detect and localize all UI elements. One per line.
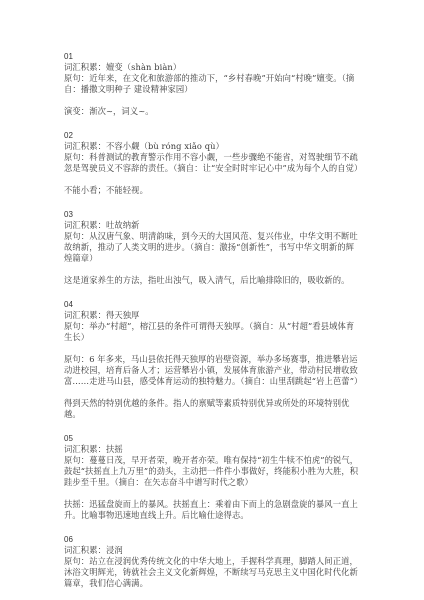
- vocab-term: 词汇积累：嬗变（shàn biàn）: [64, 62, 362, 73]
- section-number: 05: [64, 433, 362, 444]
- section-03: 03 词汇积累：吐故纳新 原句：从汉唐气象、明清韵味，到今天的大国风范、复兴伟业…: [64, 209, 362, 286]
- explanation: 扶摇：迅猛盘旋而上的暴风。扶摇直上：乘着由下而上的急剧盘旋的暴风一直上升。比喻事…: [64, 499, 362, 521]
- vocab-term: 词汇积累：不容小觑（bù róng xiǎo qù）: [64, 141, 362, 152]
- explanation: 这是道家养生的方法，指吐出浊气，吸入清气，后比喻排除旧的，吸收新的。: [64, 275, 362, 286]
- section-number: 02: [64, 130, 362, 141]
- explanation: 得到天然的特别优越的条件。指人的禀赋等素质特别优异或所处的环境特别优越。: [64, 398, 362, 420]
- section-06: 06 词汇积累：浸润 原句：站立在浸润优秀传统文化的中华大地上，手握科学真理，脚…: [64, 534, 362, 589]
- section-04: 04 词汇积累：得天独厚 原句：举办“村超”，榕江县的条件可谓得天独厚。（摘自：…: [64, 299, 362, 420]
- section-02: 02 词汇积累：不容小觑（bù róng xiǎo qù） 原句：科普测试的教育…: [64, 130, 362, 196]
- vocab-term: 词汇积累：得天独厚: [64, 310, 362, 321]
- example-sentence: 原句：科普测试的教育警示作用不容小觑，一些步骤绝不能省，对驾驶细节不疏忽是驾驶员…: [64, 152, 362, 174]
- vocab-term: 词汇积累：吐故纳新: [64, 220, 362, 231]
- section-01: 01 词汇积累：嬗变（shàn biàn） 原句：近年来，在文化和旅游部的推动下…: [64, 51, 362, 117]
- document-page: 01 词汇积累：嬗变（shàn biàn） 原句：近年来，在文化和旅游部的推动下…: [64, 51, 362, 589]
- section-number: 06: [64, 534, 362, 545]
- example-sentence-2: 原句：6 年多来，马山县依托得天独厚的岩壁资源，举办多场赛事，推进攀岩运动进校园…: [64, 354, 362, 387]
- section-number: 01: [64, 51, 362, 62]
- example-sentence: 原句：蔓蔓日茂，早开者荣，晚开者亦荣。唯有保持“初生牛犊不怕虎”的锐气，鼓起“扶…: [64, 455, 362, 488]
- example-sentence: 原句：站立在浸润优秀传统文化的中华大地上，手握科学真理，脚踏人间正道，沐浴文明辉…: [64, 556, 362, 589]
- explanation: 演变：渐次~，词义~。: [64, 106, 362, 117]
- example-sentence: 原句：近年来，在文化和旅游部的推动下，“乡村春晚”开始向“村晚”嬗变。（摘自：播…: [64, 73, 362, 95]
- explanation: 不能小看；不能轻视。: [64, 185, 362, 196]
- section-05: 05 词汇积累：扶摇 原句：蔓蔓日茂，早开者荣，晚开者亦荣。唯有保持“初生牛犊不…: [64, 433, 362, 521]
- vocab-term: 词汇积累：浸润: [64, 545, 362, 556]
- section-number: 03: [64, 209, 362, 220]
- section-number: 04: [64, 299, 362, 310]
- example-sentence: 原句：从汉唐气象、明清韵味，到今天的大国风范、复兴伟业，中华文明不断吐故纳新，推…: [64, 231, 362, 264]
- vocab-term: 词汇积累：扶摇: [64, 444, 362, 455]
- example-sentence: 原句：举办“村超”，榕江县的条件可谓得天独厚。（摘自：从“村超”看县域体育生长）: [64, 321, 362, 343]
